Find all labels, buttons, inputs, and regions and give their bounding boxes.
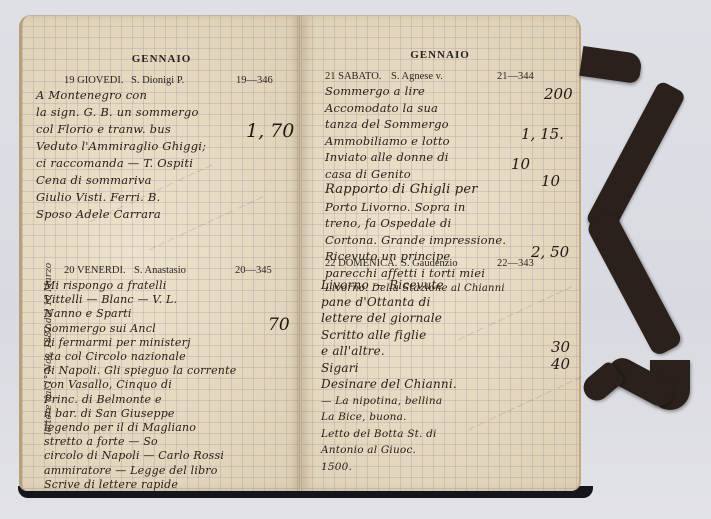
- elastic-strap: [585, 80, 687, 235]
- saint-name: S. Agnese v.: [391, 71, 443, 82]
- amount: 70: [268, 315, 290, 335]
- day-number: 22 DOMENICA.: [325, 258, 397, 269]
- month-heading: GENNAIO: [22, 53, 301, 65]
- month-heading: GENNAIO: [301, 49, 579, 61]
- saint-name: S. Dionigi P.: [131, 75, 184, 86]
- amount: 10: [541, 172, 560, 190]
- elastic-strap: [585, 210, 684, 357]
- bleed-through-ink: ~~~ ~~~~~~~ ~~: [463, 369, 586, 439]
- amount: 40: [551, 355, 570, 373]
- elastic-strap: [579, 46, 643, 84]
- amount: 1, 15.: [521, 125, 564, 143]
- amount: 1, 70: [246, 120, 294, 142]
- entry-20-text: Mi rispongo a fratelli Vittelli — Blanc …: [44, 279, 236, 492]
- entry-22-text: Livorno — Ricevute pane d'Ottanta di let…: [321, 277, 457, 475]
- saint-name: S. Anastasio: [134, 265, 186, 276]
- amount: 200: [544, 85, 573, 103]
- saint-name: S. Gaudenzio: [401, 258, 458, 269]
- day-number: 19 GIOVEDI.: [64, 75, 124, 86]
- right-page: GENNAIO 21 SABATO. S. Agnese v. 21—344 S…: [301, 15, 581, 491]
- day-code: 21—344: [497, 71, 534, 82]
- amount: 30: [551, 338, 570, 356]
- margin-note: lettere dal 1° Nov. 1882 dal 10 Marzo: [44, 263, 54, 435]
- amount: 2, 50: [531, 243, 569, 261]
- day-code: 19—346: [236, 75, 273, 86]
- day-code: 20—345: [235, 265, 272, 276]
- left-page: GENNAIO 19 GIOVEDI. S. Dionigi P. 19—346…: [19, 15, 301, 491]
- amount: 10: [511, 155, 530, 173]
- day-code: 22—343: [497, 258, 534, 269]
- day-number: 20 VENERDI.: [64, 265, 126, 276]
- day-number: 21 SABATO.: [325, 71, 381, 82]
